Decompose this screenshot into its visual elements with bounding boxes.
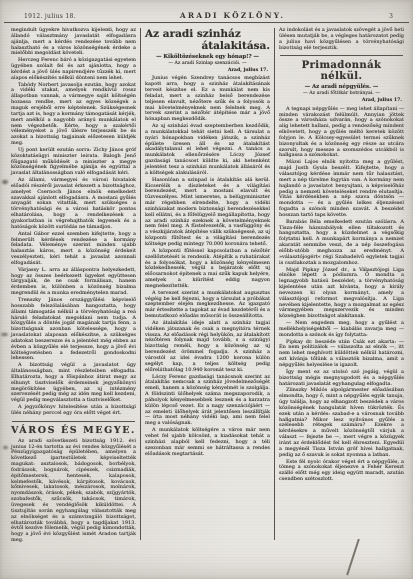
column-layout: megindult ügyekre hivatkozva kijelenti, …	[0, 23, 413, 572]
article-paragraph: A központi fűtéssel kapcsolatban a nézőt…	[145, 249, 270, 290]
article-paragraph: Antal Gábor ezzel szemben kifejtette, ho…	[11, 232, 136, 267]
ink-smudge	[2, 180, 8, 184]
article-paragraph: A bizottság végül a javaslatot úgy által…	[11, 363, 136, 404]
article-paragraph: Herczeg Ferenc báró a közigazgatási egye…	[11, 58, 136, 81]
middle-column: Az aradi szinház átalakitása. — Kiköltöz…	[141, 27, 274, 572]
article-paragraph: Az átalakítás ideje alatt a szinház tagj…	[145, 321, 270, 374]
article-paragraph: Zlinszky Miklós alpolgármester előadásáb…	[279, 388, 404, 458]
article-divider	[280, 55, 403, 56]
article-paragraph: Pipkay dr. beszéde után Csák ezt akarta:…	[279, 340, 404, 369]
page-date: 1912. julius 18.	[24, 13, 76, 20]
article-subtitle: — Kiköltözéseknek egy hónap!? —	[145, 54, 270, 61]
article-subtitle-secondary: — Az aradi főtitkár botrányai. —	[279, 91, 404, 97]
ink-smudge	[3, 446, 8, 449]
article-paragraph: Az aradi szövetkezeti bizottság 1912. év…	[11, 439, 136, 544]
ink-smudge	[1, 333, 8, 336]
article-paragraph: Barabás Béla emelkedett ezután szólásra.…	[279, 220, 404, 267]
section-header-varos-es-megye: VÁROS ÉS MEGYE.	[11, 428, 136, 434]
article-paragraph: Az állami, vármegyei és városi hivatalok…	[11, 178, 136, 231]
article-paragraph: Uj pont került ezután sorra: Zichy János…	[11, 148, 136, 177]
article-headline: Primadonnák nélkül.	[279, 60, 404, 82]
article-paragraph: Mázsi Lajos elnök nyitotta meg a gyűlést…	[279, 160, 404, 218]
left-column: megindult ügyekre hivatkozva kijelenti, …	[7, 27, 140, 572]
right-column: Az indokolást és a javaslatok szövegét a…	[275, 27, 408, 572]
article-paragraph: A munkálatok költségére a város már nem …	[145, 428, 270, 457]
article-paragraph: Várjassy L. arra az álláspontra helyezke…	[11, 268, 136, 297]
article-headline-line2: átalakitása.	[145, 41, 270, 53]
article-paragraph: Tabódy Norbert javasolja ezután, hogy az…	[11, 83, 136, 147]
article-dateline: Arad, julius 17.	[279, 98, 402, 104]
article-paragraph: Este fél nyolc órakor véget ért a népgyű…	[279, 460, 404, 483]
article-paragraph: — Nem engedem meg, hogy a gyűlést a mell…	[279, 321, 404, 339]
article-paragraph: Az indokolást és a javaslatok szövegét a…	[279, 28, 404, 51]
article-paragraph: A jegyzőkönyv hitelesítése után a bizott…	[11, 405, 136, 417]
article-paragraph: Majd Pipkay József dr., a Választójogi L…	[279, 268, 404, 321]
article-paragraph: Az uj szinházi évad szeptemberben kezdőd…	[145, 124, 270, 177]
article-paragraph: Hasonlóan a szinpad is átalakítás alá ke…	[145, 178, 270, 248]
article-paragraph: A tervezet szerint a munkálatokat augusz…	[145, 291, 270, 320]
page-number: 3	[389, 13, 393, 20]
article-paragraph: Lóczy Ferenc gazdasági tanácsnok szerint…	[145, 375, 270, 428]
section-divider	[12, 421, 135, 422]
page-header: 1912. julius 18. ARADI KÖZLÖNY. 3	[4, 0, 409, 23]
article-subtitle-secondary: — Az aradi Szinlap szenzációi. —	[145, 61, 270, 67]
article-paragraph: Junius végén Szendrey tanácsos megbízást…	[145, 76, 270, 123]
article-paragraph: megindult ügyekre hivatkozva kijelenti, …	[11, 28, 136, 57]
article-paragraph: Trenszky János országgyűlési képviselő h…	[11, 298, 136, 362]
article-headline-line1: Az aradi szinház	[145, 29, 270, 41]
article-paragraph: Így ment ez az utolsó szó jogáig, végül …	[279, 370, 404, 388]
article-paragraph: A tegnapi népgyűlés — meg lehet állapíta…	[279, 107, 404, 160]
article-dateline: Arad, julius 17.	[145, 68, 268, 74]
masthead: ARADI KÖZLÖNY.	[180, 11, 285, 20]
newspaper-page: 1912. julius 18. ARADI KÖZLÖNY. 3 megind…	[0, 0, 413, 579]
